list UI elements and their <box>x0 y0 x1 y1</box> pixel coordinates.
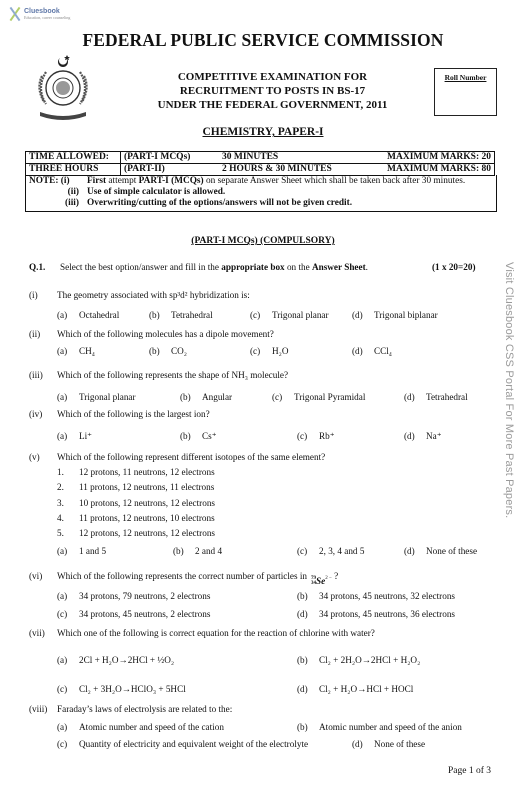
note-1: NOTE: (i) First attempt PART-I (MCQs) on… <box>29 176 493 187</box>
list-text: 12 protons, 12 neutrons, 12 electrons <box>79 528 215 538</box>
option-text: Li⁺ <box>79 431 92 441</box>
table-row: TIME ALLOWED: (PART-I MCQs) 30 MINUTES M… <box>26 152 495 164</box>
table-row: THREE HOURS (PART-II) 2 HOURS & 30 MINUT… <box>26 164 495 176</box>
list-number: 1. <box>57 467 79 477</box>
option-d: (d)CCl₄ <box>352 346 392 356</box>
subheading-line-1: COMPETITIVE EXAMINATION FOR <box>130 70 415 84</box>
cell: 2 HOURS & 30 MINUTES <box>219 164 360 176</box>
option-text: 2, 3, 4 and 5 <box>319 546 364 556</box>
list-item: 3.10 protons, 12 neutrons, 12 electrons <box>57 498 215 508</box>
option-a: (a)Li⁺ <box>57 431 92 442</box>
option-b: (b)2 and 4 <box>173 546 222 556</box>
question-number: (iv) <box>29 409 42 419</box>
option-letter: (c) <box>57 739 79 749</box>
option-letter: (b) <box>173 546 195 556</box>
note-bold: PART-I (MCQs) <box>139 176 204 186</box>
option-d: (d)None of these <box>404 546 477 556</box>
option-letter: (c) <box>57 609 79 619</box>
option-text: CH₄ <box>79 346 95 356</box>
cell: THREE HOURS <box>26 164 121 176</box>
note-2: (ii) Use of simple calculator is allowed… <box>29 187 493 198</box>
question-text: Which of the following represents the sh… <box>57 370 288 380</box>
option-d: (d)Cl₂ + H₂O→HCl + HOCl <box>297 684 413 694</box>
logo-brand: Cluesbook <box>24 8 70 15</box>
q1-marks: (1 x 20=20) <box>432 262 476 272</box>
note-prefix: NOTE: (i) <box>29 176 87 187</box>
option-b: (b)Cl₂ + 2H₂O→2HCl + H₂O₂ <box>297 655 420 665</box>
option-letter: (d) <box>404 546 426 556</box>
option-a: (a)Trigonal planar <box>57 392 136 402</box>
option-text: Na⁺ <box>426 431 442 441</box>
option-a: (a)Atomic number and speed of the cation <box>57 722 224 732</box>
option-letter: (a) <box>57 346 79 356</box>
cell: TIME ALLOWED: <box>26 152 121 164</box>
option-text: None of these <box>426 546 477 556</box>
option-text: Rb⁺ <box>319 431 335 441</box>
option-text: Cl₂ + H₂O→HCl + HOCl <box>319 684 413 694</box>
list-item: 2.11 protons, 12 neutrons, 11 electrons <box>57 482 214 492</box>
page-number: Page 1 of 3 <box>448 766 491 776</box>
option-b: (b)CO₂ <box>149 346 187 356</box>
note-3: (iii) Overwriting/cutting of the options… <box>29 198 493 209</box>
question-text: Which of the following molecules has a d… <box>57 329 274 339</box>
list-number: 4. <box>57 513 79 523</box>
option-d: (d)34 protons, 45 neutrons, 36 electrons <box>297 609 455 619</box>
element-symbol: Se <box>316 576 325 586</box>
option-c: (c)Trigonal Pyramidal <box>272 392 365 402</box>
note-bold: First <box>87 176 106 186</box>
cell: MAXIMUM MARKS: 20 <box>360 152 495 164</box>
question-text: Which of the following represent differe… <box>57 452 325 462</box>
option-text: Trigonal biplanar <box>374 310 438 320</box>
option-letter: (d) <box>352 310 374 320</box>
list-number: 5. <box>57 528 79 538</box>
option-text: Cl₂ + 2H₂O→2HCl + H₂O₂ <box>319 655 420 665</box>
option-text: Cs⁺ <box>202 431 217 441</box>
paper-title: CHEMISTRY, PAPER-I <box>0 126 526 138</box>
logo-mark-icon <box>8 6 22 22</box>
q1-number: Q.1. <box>29 262 45 272</box>
time-marks-table: TIME ALLOWED: (PART-I MCQs) 30 MINUTES M… <box>25 151 495 176</box>
option-text: Tetrahedral <box>426 392 468 402</box>
option-letter: (c) <box>297 546 319 556</box>
fpsc-emblem-icon <box>30 52 96 122</box>
q1-text: Select the best option/answer and fill i… <box>60 262 221 272</box>
option-text: 34 protons, 79 neutrons, 2 electrons <box>79 591 210 601</box>
logo-tagline: Education, career counseling <box>24 15 70 20</box>
option-text: Trigonal planar <box>79 392 136 402</box>
option-d: (d)Na⁺ <box>404 431 442 442</box>
question-number: (vi) <box>29 571 42 581</box>
option-text: Cl₂ + 3H₂O→HClO₃ + 5HCl <box>79 684 186 694</box>
option-text: Atomic number and speed of the anion <box>319 722 462 732</box>
option-letter: (c) <box>57 684 79 694</box>
option-c: (c)Quantity of electricity and equivalen… <box>57 739 308 749</box>
option-letter: (a) <box>57 431 79 441</box>
option-c: (c)Trigonal planar <box>250 310 329 320</box>
subheading-line-2: RECRUITMENT TO POSTS IN BS-17 <box>130 84 415 98</box>
notes-box: NOTE: (i) First attempt PART-I (MCQs) on… <box>25 175 497 212</box>
option-text: 34 protons, 45 neutrons, 32 electrons <box>319 591 455 601</box>
q1-instruction: Select the best option/answer and fill i… <box>60 262 368 272</box>
option-a: (a)CH₄ <box>57 346 95 356</box>
cell: (PART-II) <box>121 164 220 176</box>
option-c: (c)2, 3, 4 and 5 <box>297 546 364 556</box>
option-text: 1 and 5 <box>79 546 106 556</box>
option-c: (c)34 protons, 45 neutrons, 2 electrons <box>57 609 210 619</box>
subheading-line-3: UNDER THE FEDERAL GOVERNMENT, 2011 <box>130 98 415 112</box>
option-b: (b)Atomic number and speed of the anion <box>297 722 462 732</box>
option-b: (b)Angular <box>180 392 232 402</box>
list-number: 3. <box>57 498 79 508</box>
option-letter: (c) <box>250 346 272 356</box>
list-text: 10 protons, 12 neutrons, 12 electrons <box>79 498 215 508</box>
list-text: 12 protons, 11 neutrons, 12 electrons <box>79 467 215 477</box>
option-letter: (c) <box>250 310 272 320</box>
ion-charge: 2 − <box>325 576 332 581</box>
option-b: (b)34 protons, 45 neutrons, 32 electrons <box>297 591 455 601</box>
cell: 30 MINUTES <box>219 152 360 164</box>
option-letter: (c) <box>297 431 319 441</box>
exam-subheading: COMPETITIVE EXAMINATION FOR RECRUITMENT … <box>130 70 415 112</box>
option-d: (d)Trigonal biplanar <box>352 310 438 320</box>
question-number: (v) <box>29 452 40 462</box>
option-letter: (b) <box>149 346 171 356</box>
option-letter: (b) <box>297 591 319 601</box>
side-watermark-text: Visit Cluesbook CSS Portal For More Past… <box>503 262 515 518</box>
option-text: None of these <box>374 739 425 749</box>
question-number: (vii) <box>29 628 45 638</box>
note-2-text: Use of simple calculator is allowed. <box>87 187 225 198</box>
cell: MAXIMUM MARKS: 80 <box>360 164 495 176</box>
option-letter: (d) <box>297 684 319 694</box>
list-number: 2. <box>57 482 79 492</box>
roll-number-box: Roll Number <box>434 68 497 116</box>
option-a: (a)Octahedral <box>57 310 119 320</box>
option-text: Atomic number and speed of the cation <box>79 722 224 732</box>
option-letter: (d) <box>352 739 374 749</box>
option-letter: (d) <box>297 609 319 619</box>
q1-text: on the <box>285 262 312 272</box>
option-text: H₂O <box>272 346 288 356</box>
list-text: 11 protons, 12 neutrons, 10 electrons <box>79 513 215 523</box>
question-text: Which of the following is the largest io… <box>57 409 210 419</box>
list-item: 5.12 protons, 12 neutrons, 12 electrons <box>57 528 215 538</box>
option-letter: (a) <box>57 546 79 556</box>
question-text: Faraday’s laws of electrolysis are relat… <box>57 704 232 714</box>
option-text: 34 protons, 45 neutrons, 36 electrons <box>319 609 455 619</box>
option-letter: (a) <box>57 392 79 402</box>
option-d: (d)Tetrahedral <box>404 392 468 402</box>
note-text: attempt <box>106 176 139 186</box>
option-text: Quantity of electricity and equivalent w… <box>79 739 308 749</box>
option-c: (c)Rb⁺ <box>297 431 335 442</box>
question-text: Which one of the following is correct eq… <box>57 628 375 638</box>
question-number: (ii) <box>29 329 40 339</box>
option-text: 2 and 4 <box>195 546 222 556</box>
question-number: (i) <box>29 290 38 300</box>
commission-title: FEDERAL PUBLIC SERVICE COMMISSION <box>0 30 526 51</box>
option-letter: (d) <box>404 431 426 441</box>
option-text: 2Cl + H₂O→2HCl + ½O₂ <box>79 655 174 665</box>
list-text: 11 protons, 12 neutrons, 11 electrons <box>79 482 214 492</box>
option-text: Octahedral <box>79 310 119 320</box>
side-watermark: Visit Cluesbook CSS Portal For More Past… <box>497 262 517 572</box>
question-number: (viii) <box>29 704 47 714</box>
option-letter: (c) <box>272 392 294 402</box>
option-letter: (b) <box>297 722 319 732</box>
option-text: CCl₄ <box>374 346 392 356</box>
note-key: (iii) <box>29 198 87 209</box>
option-a: (a)2Cl + H₂O→2HCl + ½O₂ <box>57 655 174 665</box>
option-d: (d)None of these <box>352 739 425 749</box>
option-letter: (b) <box>180 431 202 441</box>
option-letter: (a) <box>57 722 79 732</box>
option-a: (a)1 and 5 <box>57 546 106 556</box>
list-item: 1.12 protons, 11 neutrons, 12 electrons <box>57 467 215 477</box>
list-item: 4.11 protons, 12 neutrons, 10 electrons <box>57 513 215 523</box>
option-letter: (d) <box>352 346 374 356</box>
q1-text: . <box>366 262 368 272</box>
cluesbook-logo: Cluesbook Education, career counseling <box>8 4 78 24</box>
option-text: Trigonal Pyramidal <box>294 392 365 402</box>
cell: (PART-I MCQs) <box>121 152 220 164</box>
option-c: (c)H₂O <box>250 346 288 356</box>
option-letter: (b) <box>149 310 171 320</box>
option-letter: (a) <box>57 591 79 601</box>
q1-bold: Answer Sheet <box>312 262 366 272</box>
option-text: 34 protons, 45 neutrons, 2 electrons <box>79 609 210 619</box>
option-letter: (b) <box>297 655 319 665</box>
note-text: on separate Answer Sheet which shall be … <box>204 176 466 186</box>
option-letter: (d) <box>404 392 426 402</box>
q1-bold: appropriate box <box>221 262 284 272</box>
part-title: (PART-I MCQs) (COMPULSORY) <box>0 236 526 246</box>
option-text: CO₂ <box>171 346 187 356</box>
option-text: Trigonal planar <box>272 310 329 320</box>
question-number: (iii) <box>29 370 43 380</box>
option-a: (a)34 protons, 79 neutrons, 2 electrons <box>57 591 210 601</box>
option-c: (c)Cl₂ + 3H₂O→HClO₃ + 5HCl <box>57 684 186 694</box>
option-letter: (a) <box>57 655 79 665</box>
option-text: Angular <box>202 392 232 402</box>
question-text: Which of the following represents the co… <box>57 571 338 586</box>
note-1-text: First attempt PART-I (MCQs) on separate … <box>87 176 465 187</box>
option-letter: (a) <box>57 310 79 320</box>
note-3-text: Overwriting/cutting of the options/answe… <box>87 198 352 209</box>
question-text: The geometry associated with sp³d² hybri… <box>57 290 250 300</box>
option-text: Tetrahedral <box>171 310 213 320</box>
note-key: (ii) <box>29 187 87 198</box>
option-b: (b)Tetrahedral <box>149 310 213 320</box>
option-b: (b)Cs⁺ <box>180 431 217 442</box>
isotope-symbol: 7934Se2 − <box>311 576 332 586</box>
roll-number-label: Roll Number <box>435 73 496 82</box>
option-letter: (b) <box>180 392 202 402</box>
